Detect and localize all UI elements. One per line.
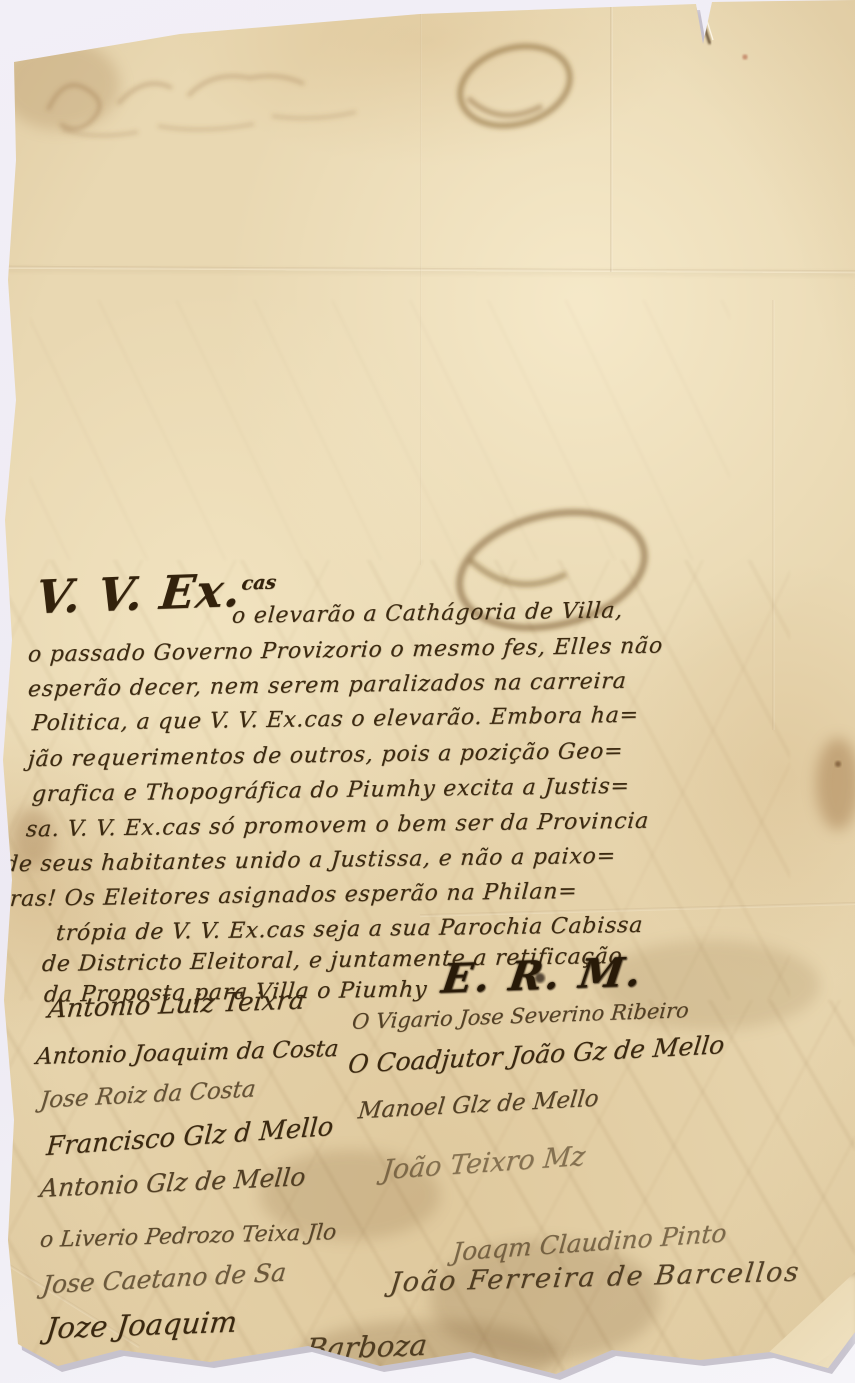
photo-backdrop: V. V. Ex.cas o elevarão a Cathágoria de … <box>0 0 855 1383</box>
ink-showthrough-texture-bottom <box>0 1000 855 1383</box>
manuscript-paper: V. V. Ex.cas o elevarão a Cathágoria de … <box>0 0 855 1383</box>
stain-right-edge <box>816 738 855 830</box>
ink-showthrough-texture-mid <box>0 560 790 1000</box>
crease-vertical-1 <box>610 0 613 272</box>
ink-showthrough-texture-upper <box>30 300 730 560</box>
stain-top-left-corner <box>0 40 120 130</box>
